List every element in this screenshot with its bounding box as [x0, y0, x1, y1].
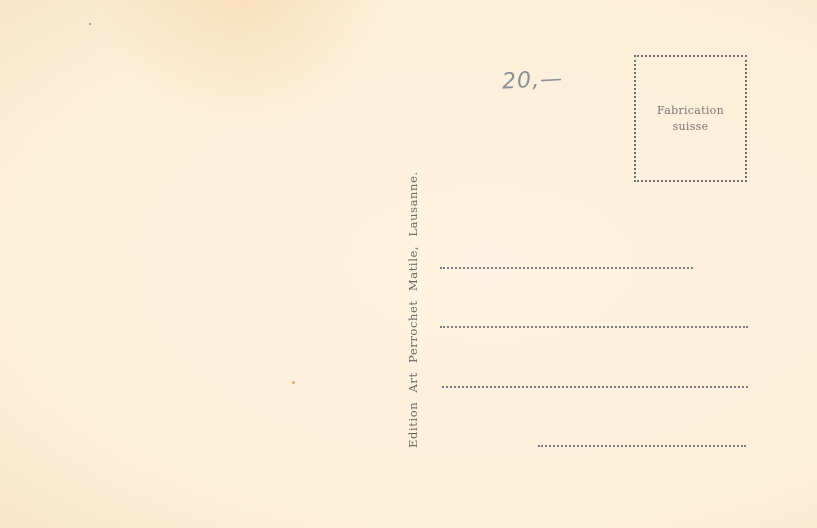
address-line-3: [442, 386, 748, 388]
stamp-placeholder-box: Fabrication suisse: [634, 55, 747, 182]
postcard-back: 20,— Fabrication suisse Edition Art Perr…: [0, 0, 817, 528]
paper-speck: [89, 23, 91, 25]
paper-speck: [292, 381, 295, 384]
stamp-box-text-line1: Fabrication: [657, 103, 724, 119]
address-line-2: [440, 326, 748, 328]
handwritten-price: 20,—: [501, 66, 563, 94]
address-line-4: [538, 445, 746, 447]
address-line-1: [440, 267, 693, 269]
stamp-box-text-line2: suisse: [673, 119, 709, 135]
publisher-imprint: Edition Art Perrochet Matile, Lausanne.: [406, 171, 420, 448]
